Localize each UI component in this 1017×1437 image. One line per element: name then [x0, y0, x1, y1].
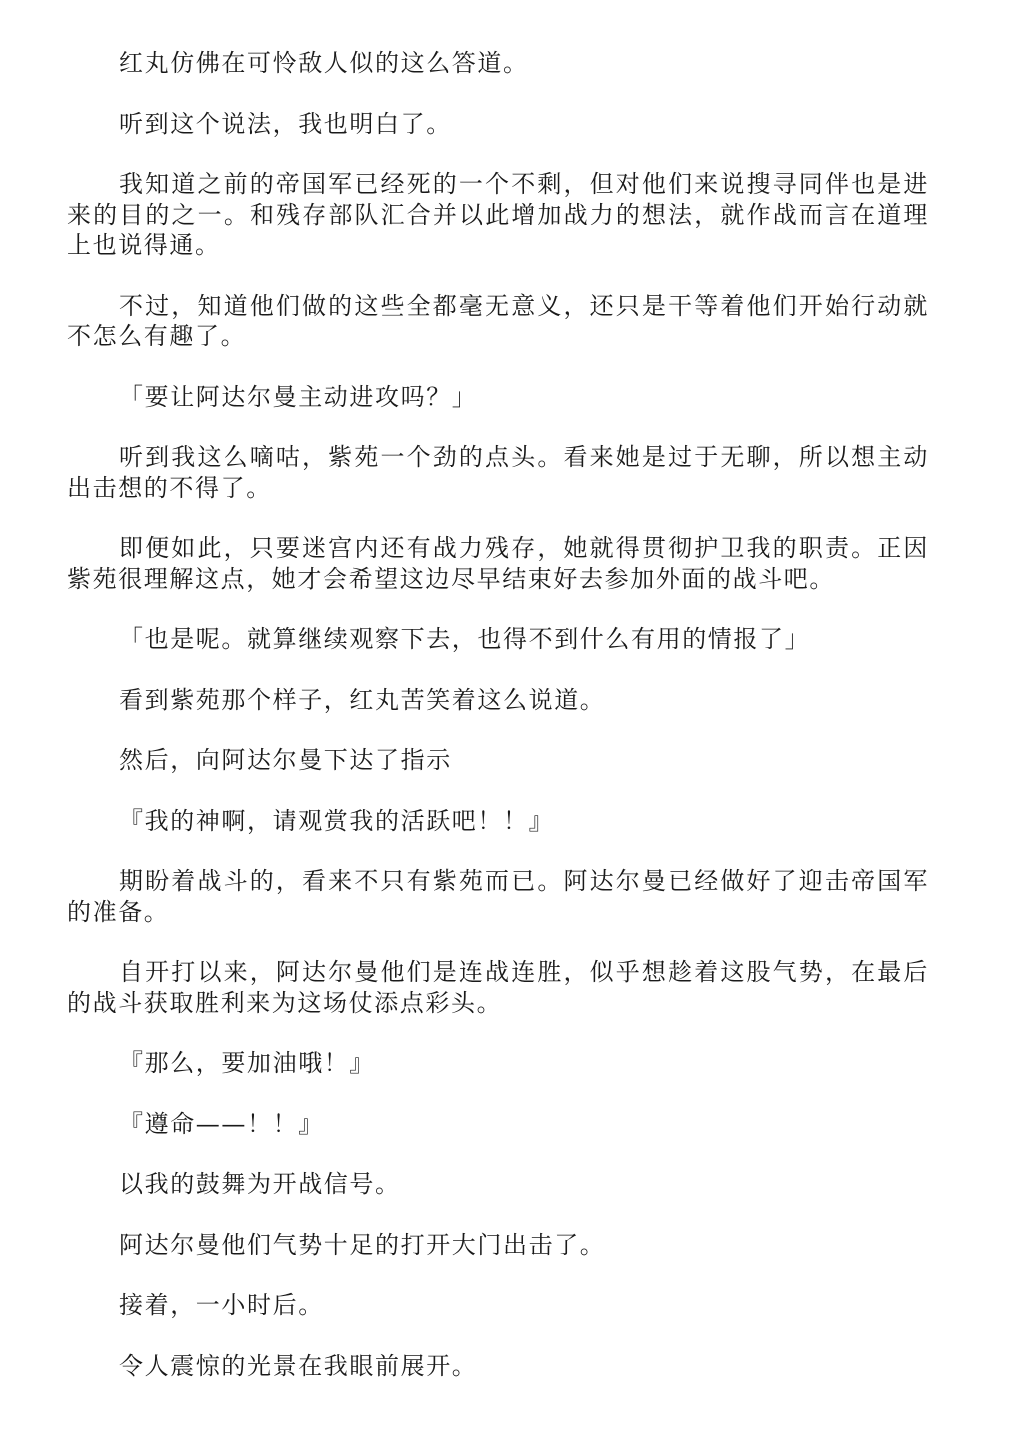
dialogue-line: 『那么，要加油哦！』 — [67, 1048, 929, 1079]
paragraph: 期盼着战斗的，看来不只有紫苑而已。阿达尔曼已经做好了迎击帝国军的准备。 — [67, 866, 929, 927]
dialogue-line: 「要让阿达尔曼主动进攻吗？」 — [67, 382, 929, 413]
dialogue-line: 『我的神啊，请观赏我的活跃吧！！』 — [67, 806, 929, 837]
paragraph: 然后，向阿达尔曼下达了指示 — [67, 745, 929, 776]
paragraph: 红丸仿佛在可怜敌人似的这么答道。 — [67, 48, 929, 79]
dialogue-line: 「也是呢。就算继续观察下去，也得不到什么有用的情报了」 — [67, 624, 929, 655]
document-page: 红丸仿佛在可怜敌人似的这么答道。 听到这个说法，我也明白了。 我知道之前的帝国军… — [67, 48, 929, 1411]
paragraph: 听到这个说法，我也明白了。 — [67, 109, 929, 140]
paragraph: 听到我这么嘀咕，紫苑一个劲的点头。看来她是过于无聊，所以想主动出击想的不得了。 — [67, 442, 929, 503]
paragraph: 即便如此，只要迷宫内还有战力残存，她就得贯彻护卫我的职责。正因紫苑很理解这点，她… — [67, 533, 929, 594]
paragraph: 阿达尔曼他们气势十足的打开大门出击了。 — [67, 1230, 929, 1261]
paragraph: 看到紫苑那个样子，红丸苦笑着这么说道。 — [67, 685, 929, 716]
paragraph: 不过，知道他们做的这些全都毫无意义，还只是干等着他们开始行动就不怎么有趣了。 — [67, 291, 929, 352]
paragraph: 以我的鼓舞为开战信号。 — [67, 1169, 929, 1200]
paragraph: 令人震惊的光景在我眼前展开。 — [67, 1351, 929, 1382]
paragraph: 我知道之前的帝国军已经死的一个不剩，但对他们来说搜寻同伴也是进来的目的之一。和残… — [67, 169, 929, 261]
dialogue-line: 『遵命——！！』 — [67, 1109, 929, 1140]
paragraph: 自开打以来，阿达尔曼他们是连战连胜，似乎想趁着这股气势，在最后的战斗获取胜利来为… — [67, 957, 929, 1018]
paragraph: 接着，一小时后。 — [67, 1290, 929, 1321]
